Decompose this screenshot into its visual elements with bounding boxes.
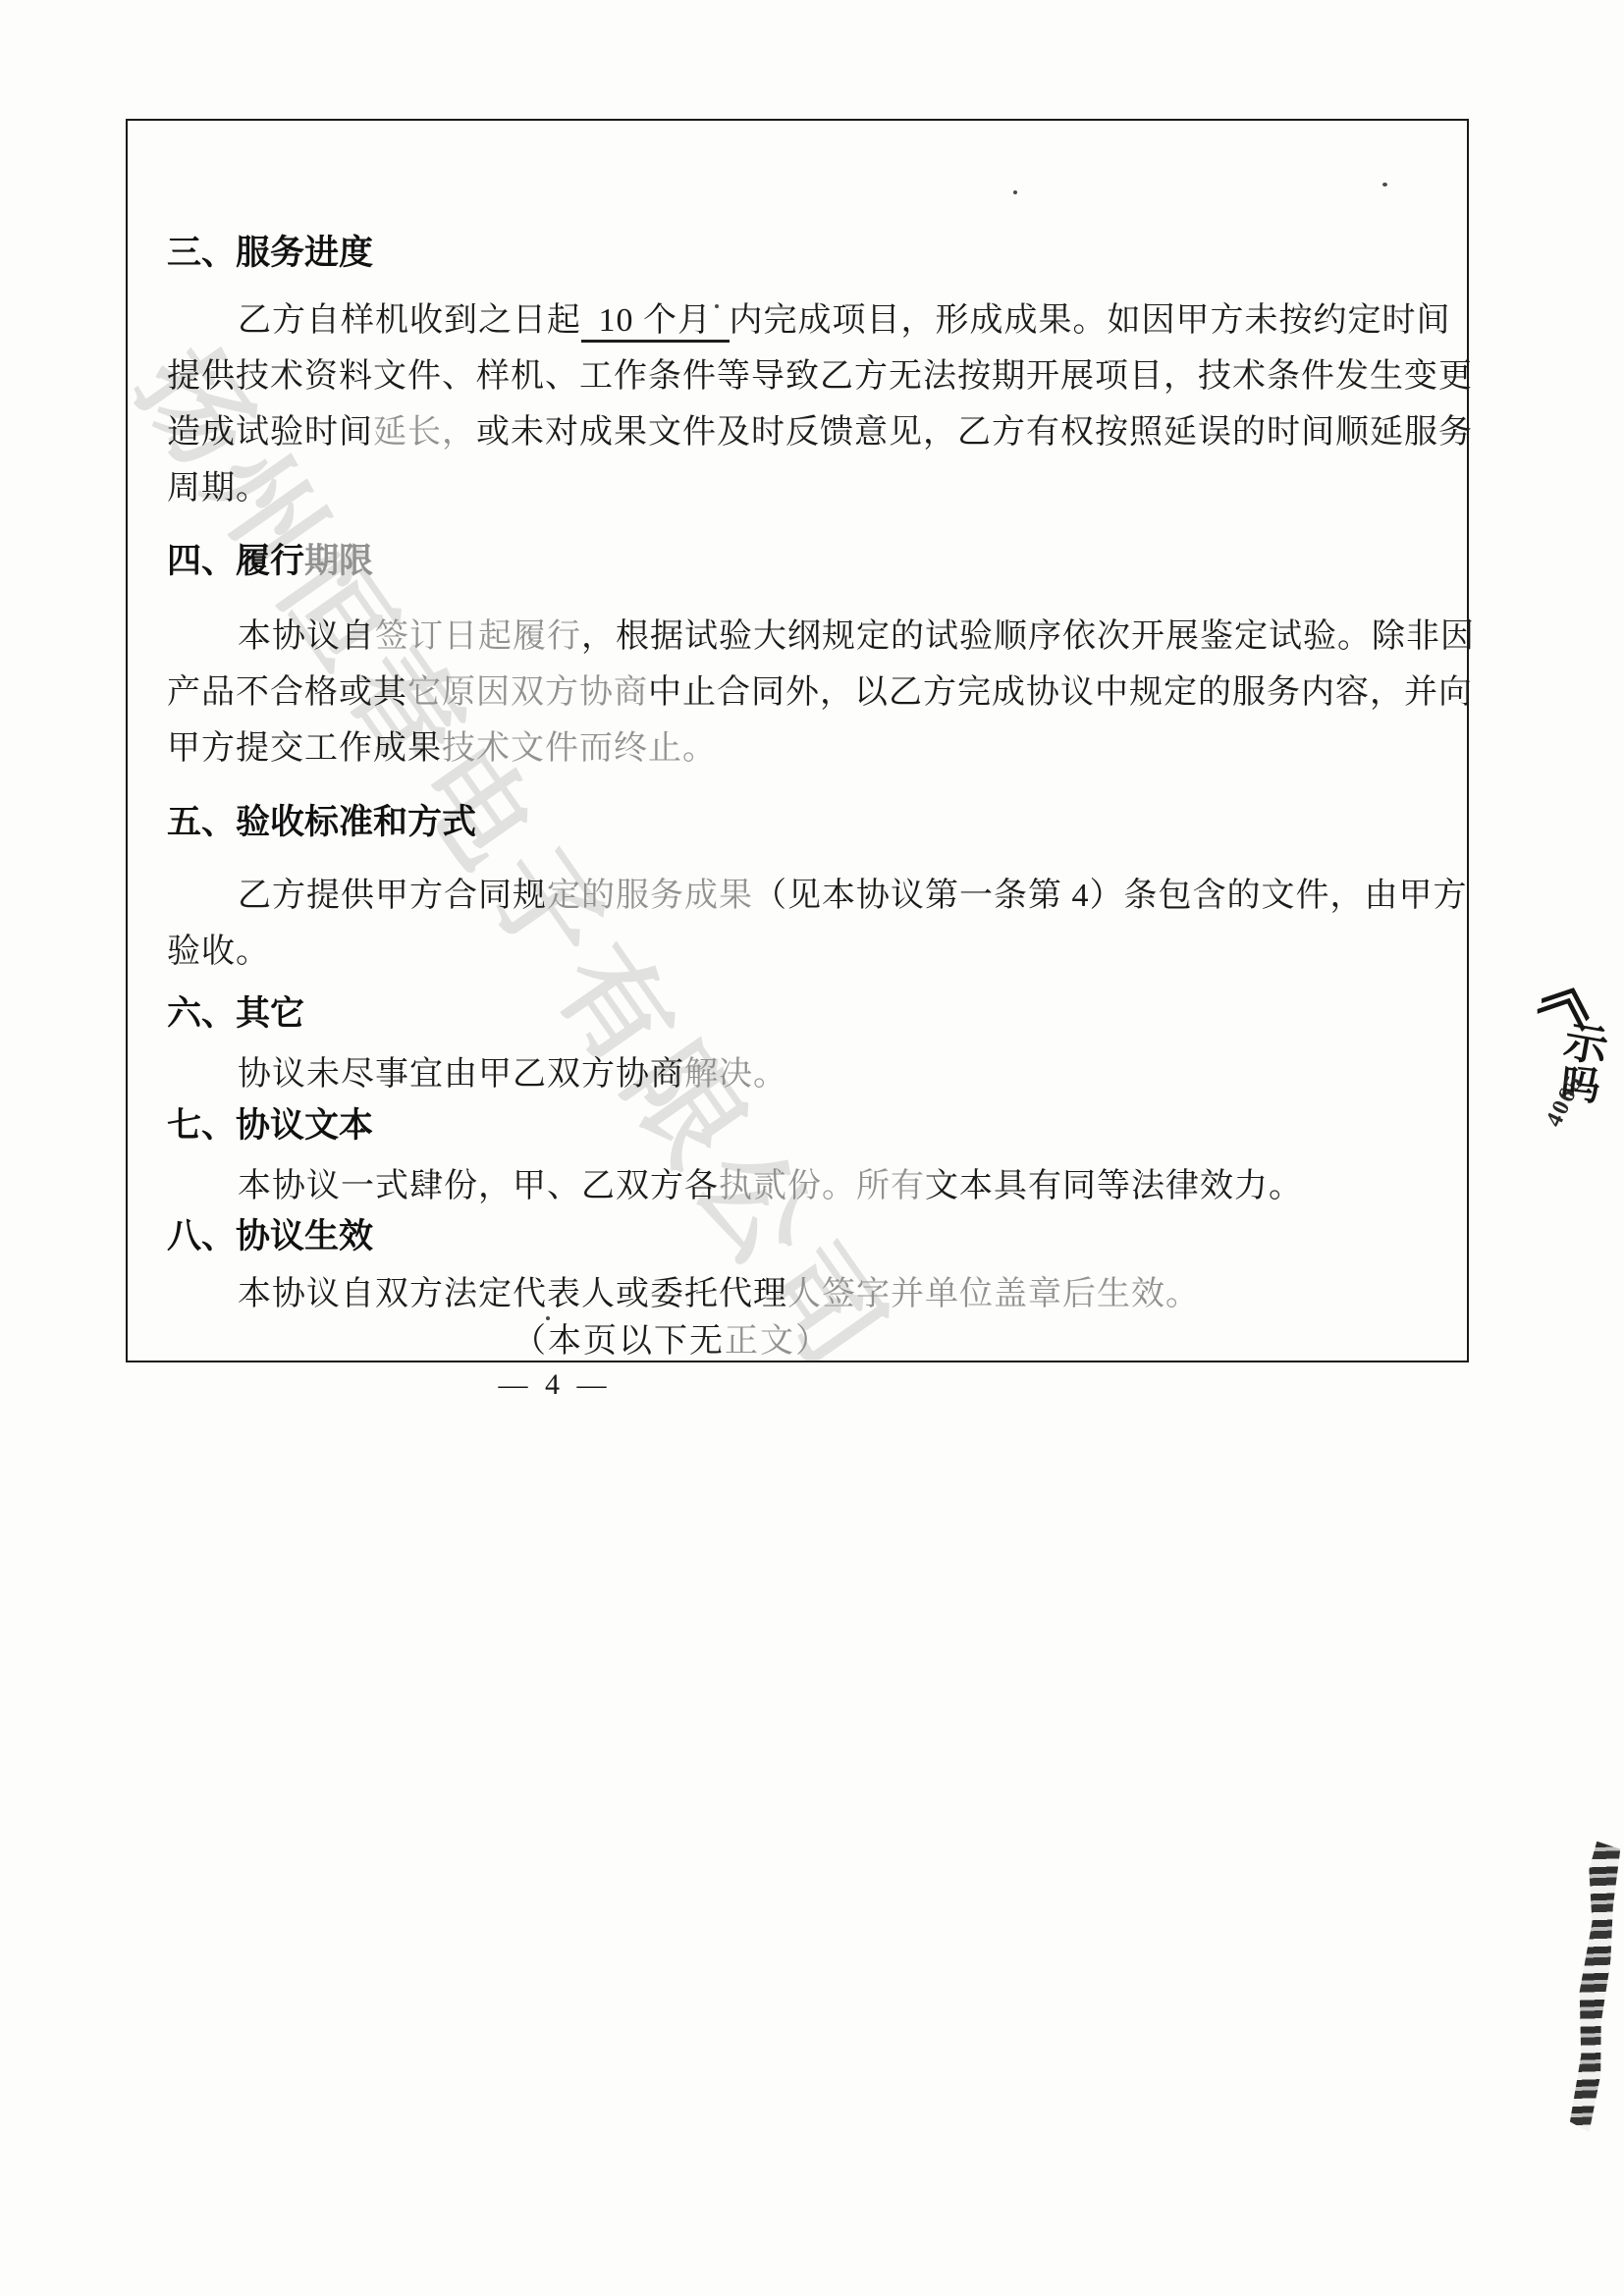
text-segment: 乙方自样机收到之日起 [238, 302, 581, 339]
text-segment: 定的服务成果 [547, 878, 753, 914]
text-segment: 六、其它 [167, 994, 304, 1033]
scan-speck [1013, 190, 1017, 194]
section-heading-6: 六、其它 [167, 992, 1443, 1036]
text-segment: 造成试验时间 [167, 414, 373, 451]
para-line: 本协议自签订日起履行，根据试验大纲规定的试验顺序依次开展鉴定试验。除非因 [167, 609, 1514, 665]
text-segment: 周期。 [167, 470, 270, 507]
text-segment: 本协议自双方法定代表人或委托代理 [238, 1276, 787, 1312]
text-segment: 本协议自 [238, 618, 375, 655]
document-page: 扬州恒春电子有限公司 三、服务进度 乙方自样机收到之日起 10 个月 内完成项目… [0, 0, 1624, 2296]
text-segment: 乙方提供甲方合同规 [238, 878, 547, 914]
para-line: 本协议自双方法定代表人或委托代理人签字并单位盖章后生效。 [167, 1266, 1514, 1322]
text-segment: 四、履行 [167, 542, 304, 580]
para-line: 提供技术资料文件、样机、工作条件等导致乙方无法按期开展项目，技术条件发生变更 [167, 348, 1443, 404]
para-line: 产品不合格或其它原因双方协商中止合同外，以乙方完成协议中规定的服务内容，并向 [167, 665, 1443, 721]
text-segment: 本协议一式肆份，甲、乙双方各 [238, 1168, 719, 1204]
text-segment: 七、协议文本 [167, 1106, 373, 1145]
text-segment: 提供技术资料文件、样机、工作条件等导致乙方无法按期开展项目，技术条件发生变更 [167, 358, 1473, 395]
text-segment: 产品不合格或其 [167, 674, 407, 711]
edge-stamp-top: 《 示 吗 4065 [1532, 942, 1624, 1153]
text-segment: 文本具有同等法律效力。 [925, 1168, 1303, 1204]
section-heading-8: 八、协议生效 [167, 1215, 1443, 1258]
text-segment: 甲方提交工作成果 [167, 730, 442, 767]
scan-speck [546, 1316, 550, 1320]
section-heading-7: 七、协议文本 [167, 1104, 1443, 1148]
para-line: 乙方提供甲方合同规定的服务成果（见本协议第一条第 4）条包含的文件，由甲方 [167, 868, 1514, 924]
text-segment: 人签字并单位盖章后生效。 [787, 1276, 1200, 1312]
text-segment: 签订日起履行 [375, 618, 581, 655]
text-segment: 解决。 [684, 1056, 787, 1093]
page-number: — 4 — [491, 1368, 619, 1402]
text-segment: 三、服务进度 [167, 234, 373, 272]
text-segment: 期限 [304, 542, 373, 580]
text-segment: ，根据试验大纲规定的试验顺序依次开展鉴定试验。除非因 [581, 618, 1475, 655]
text-segment: （本页以下无 [513, 1323, 725, 1360]
text-segment: 它原因双方协商 [407, 674, 648, 711]
text-segment: 正文） [725, 1323, 831, 1360]
section-heading-4: 四、履行期限 [167, 540, 1443, 583]
scan-speck [1382, 183, 1387, 187]
scan-speck [715, 304, 719, 308]
edge-stamp-bottom [1566, 1841, 1621, 2132]
text-segment: 延长， [373, 414, 476, 451]
para-line: 造成试验时间延长，或未对成果文件及时反馈意见，乙方有权按照延误的时间顺延服务 [167, 404, 1443, 460]
text-segment: 验收。 [167, 934, 270, 970]
para-line: 乙方自样机收到之日起 10 个月 内完成项目，形成成果。如因甲方未按约定时间 [167, 293, 1514, 348]
para-line: 验收。 [167, 924, 1443, 980]
text-segment: 执贰份。所有 [719, 1168, 925, 1204]
section-heading-3: 三、服务进度 [167, 232, 1443, 275]
text-segment: 或未对成果文件及时反馈意见，乙方有权按照延误的时间顺延服务 [476, 414, 1473, 451]
text-segment: 中止合同外，以乙方完成协议中规定的服务内容，并向 [648, 674, 1473, 711]
text-segment: （见本协议第一条第 4）条包含的文件，由甲方 [753, 878, 1468, 914]
text-segment: 八、协议生效 [167, 1217, 373, 1255]
text-segment: 10 个月 [581, 302, 730, 343]
text-segment: 技术文件而终止。 [442, 730, 717, 767]
para-line: 周期。 [167, 460, 1443, 516]
text-segment: 五、验收标准和方式 [167, 803, 476, 841]
section-heading-5: 五、验收标准和方式 [167, 801, 1443, 844]
para-line: 协议未尽事宜由甲乙双方协商解决。 [167, 1046, 1514, 1102]
para-line: 甲方提交工作成果技术文件而终止。 [167, 721, 1443, 776]
para-line: 本协议一式肆份，甲、乙双方各执贰份。所有文本具有同等法律效力。 [167, 1158, 1514, 1214]
text-segment: 协议未尽事宜由甲乙双方协商 [238, 1056, 684, 1093]
text-segment: 内完成项目，形成成果。如因甲方未按约定时间 [730, 302, 1451, 339]
closing-note: （本页以下无正文） [513, 1322, 831, 1362]
